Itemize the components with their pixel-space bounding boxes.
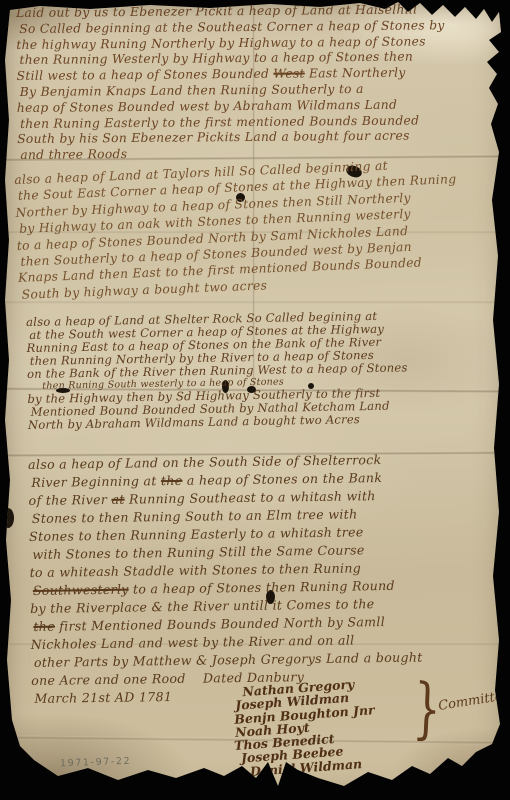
committee-annotation: } Committe: [406, 676, 448, 742]
line-text: March 21st AD 1781: [34, 689, 172, 706]
line-text: to a whiteash Staddle with Stones to the…: [30, 560, 362, 580]
ink-blot: [2, 508, 14, 528]
document-paragraph: Laid out by us to Ebenezer Pickit a heap…: [16, 2, 443, 164]
struck-text: West: [273, 67, 304, 81]
photo-background: Laid out by us to Ebenezer Pickit a heap…: [0, 0, 510, 800]
line-text: Stones to then Runing South to an Elm tr…: [32, 506, 358, 526]
line-text: Nickholes Land and west by the River and…: [31, 632, 355, 652]
document-paragraph: also a heap of Land on the South Side of…: [28, 451, 420, 708]
brace-glyph: }: [412, 675, 442, 744]
line-text: So Called beginning at the Southeast Cor…: [19, 18, 445, 36]
line-text: River Beginning at: [31, 473, 161, 490]
line-text: other Parts by Matthew & Joseph Gregorys…: [34, 650, 423, 670]
committee-label: Committe: [437, 689, 503, 714]
line-text: Laid out by us to Ebenezer Pickit a heap…: [16, 2, 417, 20]
struck-text: the: [33, 619, 55, 634]
line-text: By Benjamin Knaps Land then Runing South…: [20, 82, 364, 99]
signature-block: Nathan GregoryJoseph WildmanBenjn Bought…: [232, 676, 379, 779]
line-text: and three Roods: [20, 147, 127, 162]
line-text: to a heap of Stones then Runing Round: [129, 578, 395, 597]
line-text: then Runing Easterly to the first mentio…: [20, 113, 419, 130]
line-text: then Running Westerly by Highway to a he…: [19, 50, 413, 67]
struck-text: Southwesterly: [33, 582, 129, 598]
line-text: East Northerly: [305, 66, 406, 81]
line-text: with Stones to then Runing Still the Sam…: [32, 542, 364, 562]
struck-text: at: [111, 492, 124, 507]
line-text: Still west to a heap of Stones Bounded: [17, 67, 274, 83]
document-paragraph: also a heap of Land at Taylors hill So C…: [14, 155, 457, 303]
line-text: of the River: [29, 492, 112, 508]
line-text: first Mentioned Bounds Bounded North by …: [55, 614, 385, 634]
accession-number: 1971-97-22: [60, 756, 132, 769]
document-paragraph: also a heap of Land at Shelter Rock So C…: [26, 309, 409, 432]
document-paper: Laid out by us to Ebenezer Pickit a heap…: [0, 0, 510, 800]
line-text: a heap of Stones on the Bank: [182, 470, 382, 488]
line-text: Running Southeast to a whitash with: [125, 488, 376, 507]
struck-text: the: [161, 473, 183, 488]
